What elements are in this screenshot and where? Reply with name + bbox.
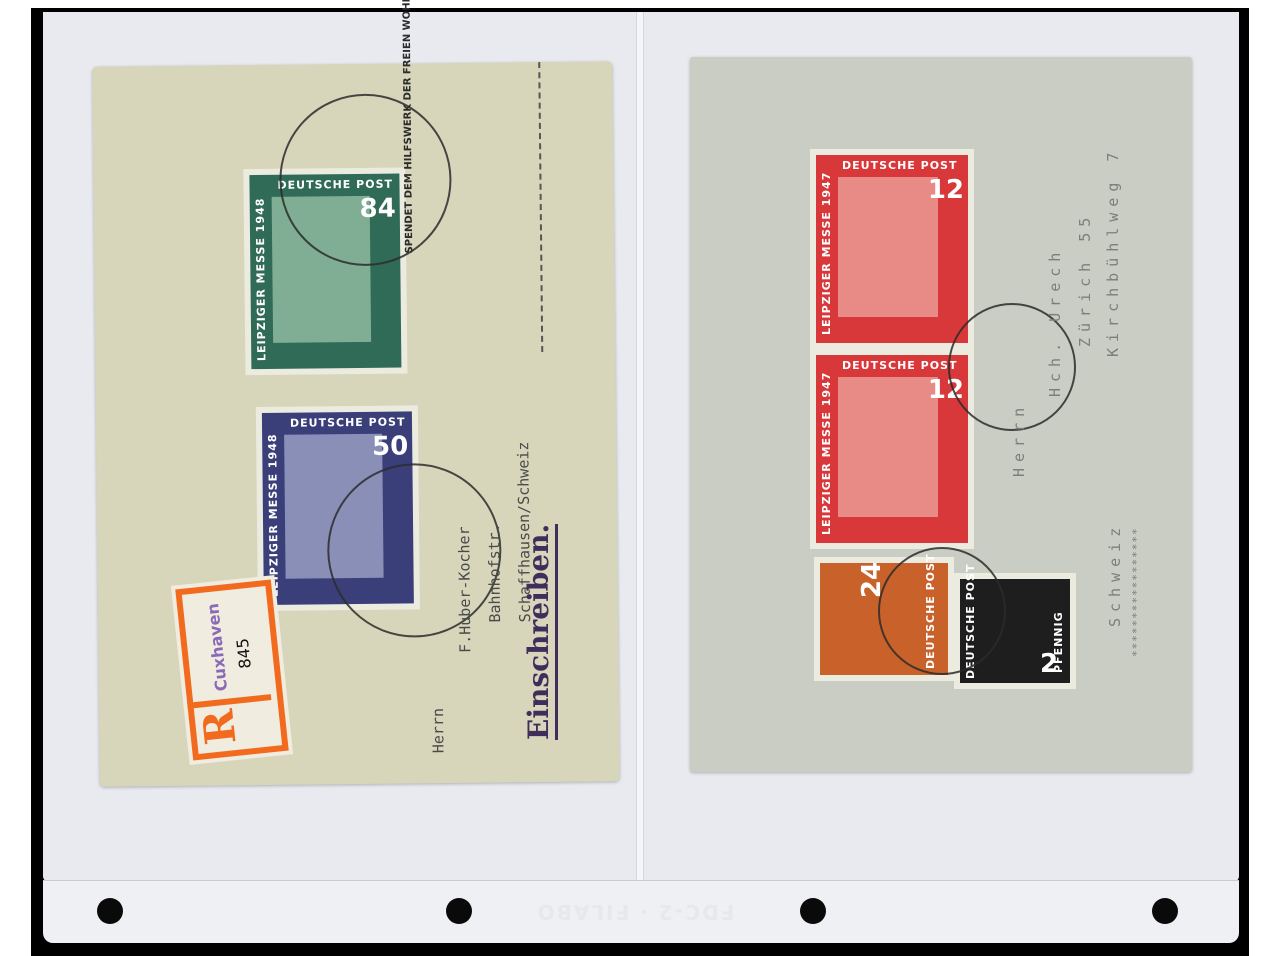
stamp-issuer: DEUTSCHE POST: [842, 159, 957, 172]
postmark-cuxhaven: [326, 462, 502, 638]
stamp-vignette: [838, 377, 938, 517]
sleeve-pocket-divider: [636, 12, 644, 880]
stamp-value: 12: [928, 175, 964, 205]
postmark-cuxhaven: [279, 93, 453, 267]
registration-label: R Cuxhaven 845: [171, 575, 293, 765]
binder-hole: [1152, 898, 1178, 924]
stamp-value: 2: [1040, 649, 1058, 679]
registration-number: 845: [233, 637, 255, 669]
postmark-bamberg: [878, 547, 1006, 675]
stamp-issuer: DEUTSCHE POST: [842, 359, 957, 372]
address-street: Bahnhofstr.: [485, 523, 504, 623]
address-salutation: Herrn: [1010, 402, 1028, 477]
registration-letter: R: [193, 707, 245, 747]
address-name: F.Huber-Kocher: [455, 526, 474, 653]
address-underline: [538, 62, 546, 352]
stamp-title: LEIPZIGER MESSE 1948: [266, 433, 281, 597]
stamp-12pf-red[interactable]: DEUTSCHE POST LEIPZIGER MESSE 1947 12: [810, 149, 974, 349]
address-country: Schweiz: [1106, 522, 1124, 627]
binder-hole: [800, 898, 826, 924]
einschreiben-handstamp: Einschreiben.: [522, 524, 558, 740]
address-country-underline: *****************: [1130, 527, 1143, 657]
stamp-issuer: DEUTSCHE POST: [290, 415, 406, 429]
binder-hole: [97, 898, 123, 924]
stamp-title: LEIPZIGER MESSE 1947: [820, 172, 833, 335]
right-cover[interactable]: DEUTSCHE POST LEIPZIGER MESSE 1947 12 DE…: [690, 57, 1192, 772]
binder-hole: [446, 898, 472, 924]
stamp-title: LEIPZIGER MESSE 1947: [820, 372, 833, 535]
address-street: Kirchbühlweg 7: [1104, 147, 1122, 357]
stamp-title: LEIPZIGER MESSE 1948: [254, 198, 269, 362]
address-salutation: Herrn: [429, 708, 447, 753]
sleeve-brand-text: FDC-2 · FILABO: [510, 900, 760, 924]
stamp-vignette: [838, 177, 938, 317]
address-city: Zürich 55: [1076, 212, 1094, 347]
stamp-value: 50: [372, 431, 408, 461]
address-name: Hch. Urech: [1046, 247, 1064, 397]
